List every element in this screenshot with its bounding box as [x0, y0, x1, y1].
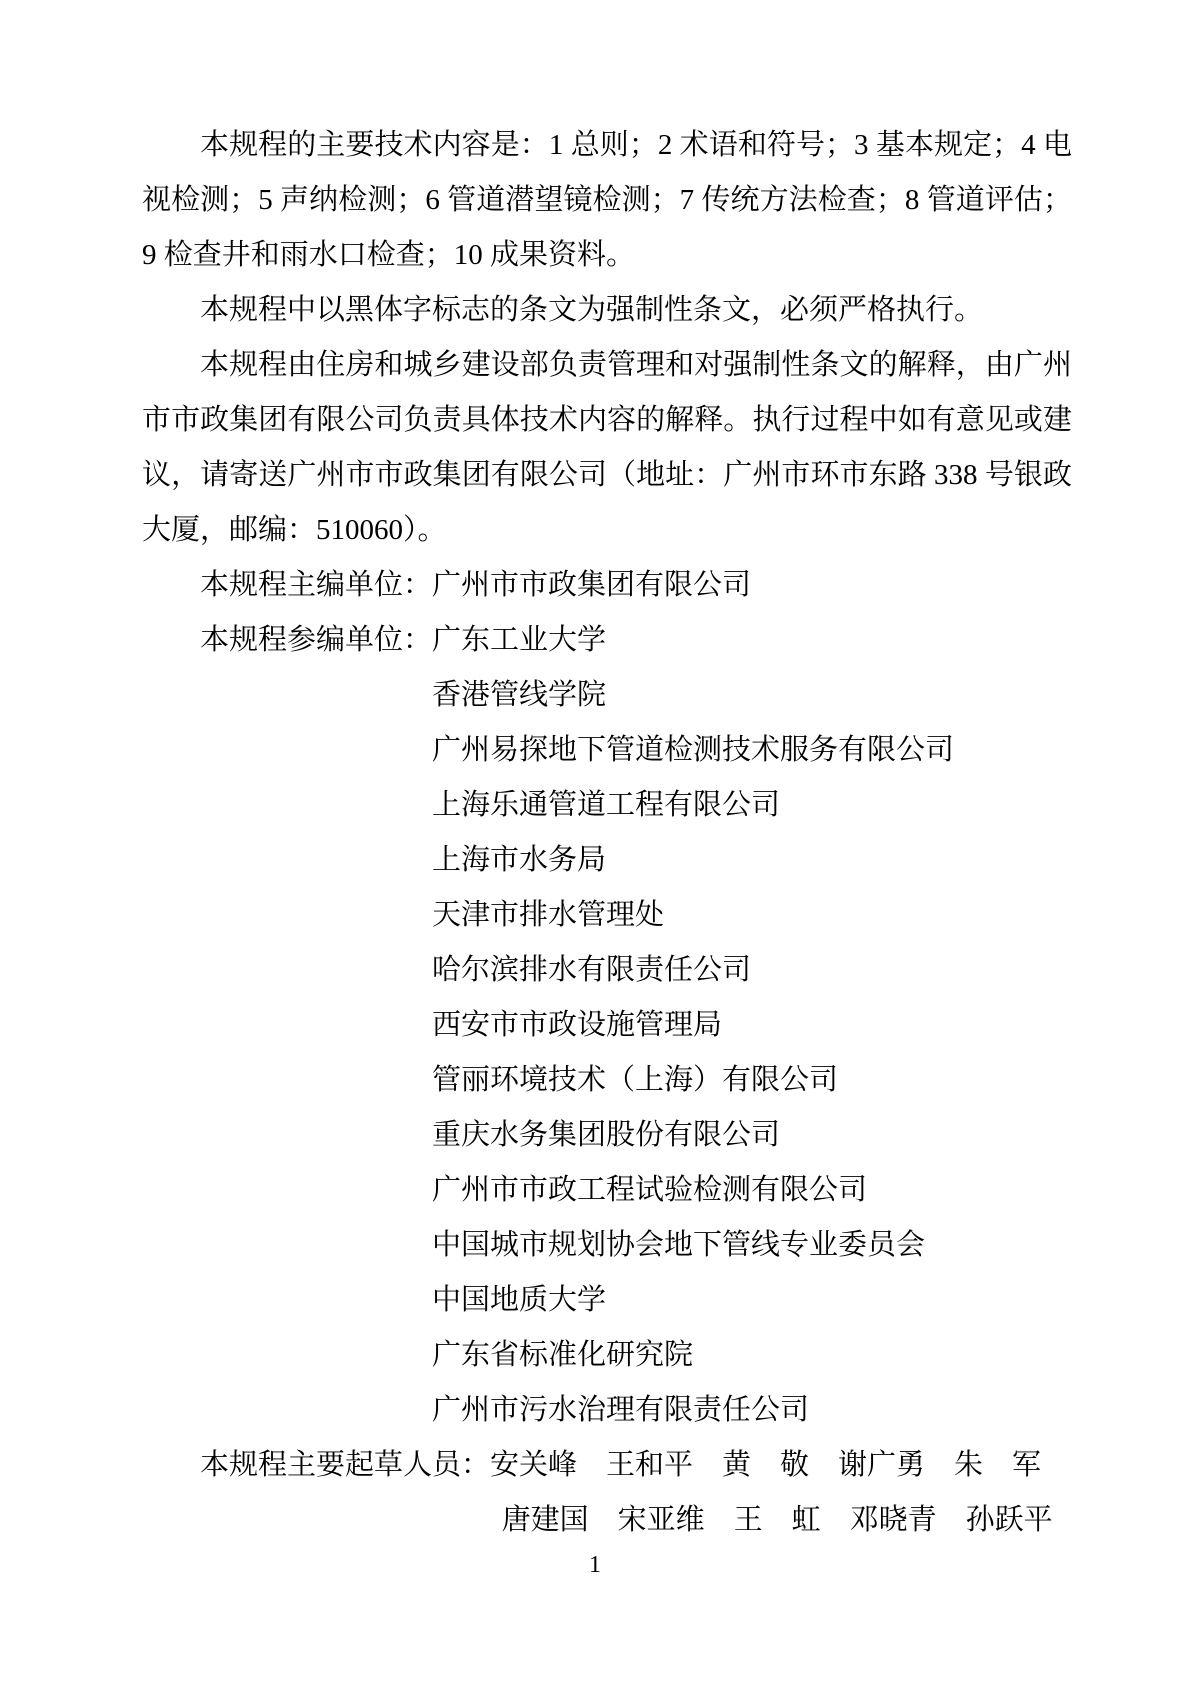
page-number: 1 [0, 1550, 1190, 1580]
participating-unit-item: 中国城市规划协会地下管线专业委员会 [142, 1218, 1072, 1273]
participating-unit-first: 广东工业大学 [432, 624, 606, 656]
participating-unit-item: 广州市污水治理有限责任公司 [142, 1383, 1072, 1438]
participating-unit-item: 管丽环境技术（上海）有限公司 [142, 1053, 1072, 1108]
participating-unit-item: 上海市水务局 [142, 833, 1072, 888]
document-page: 本规程的主要技术内容是：1 总则；2 术语和符号；3 基本规定；4 电视检测；5… [0, 0, 1190, 1683]
drafters-label: 本规程主要起草人员： [200, 1449, 490, 1481]
participating-unit-item: 上海乐通管道工程有限公司 [142, 778, 1072, 833]
participating-unit-item: 广州易探地下管道检测技术服务有限公司 [142, 723, 1072, 778]
participating-unit-item: 哈尔滨排水有限责任公司 [142, 943, 1072, 998]
participating-units-label: 本规程参编单位： [200, 624, 432, 656]
drafters-names-row1: 安关峰 王和平 黄 敬 谢广勇 朱 军 [490, 1449, 1041, 1481]
participating-units-line: 本规程参编单位：广东工业大学 [142, 613, 1072, 668]
participating-unit-item: 广州市市政工程试验检测有限公司 [142, 1163, 1072, 1218]
paragraph-mandatory-provisions: 本规程中以黑体字标志的条文为强制性条文，必须严格执行。 [142, 283, 1072, 338]
paragraph-technical-contents: 本规程的主要技术内容是：1 总则；2 术语和符号；3 基本规定；4 电视检测；5… [142, 118, 1072, 283]
chief-editing-unit-label: 本规程主编单位： [200, 569, 432, 601]
paragraph-interpretation-address: 本规程由住房和城乡建设部负责管理和对强制性条文的解释，由广州市市政集团有限公司负… [142, 338, 1072, 558]
chief-editing-unit-line: 本规程主编单位：广州市市政集团有限公司 [142, 558, 1072, 613]
participating-unit-item: 重庆水务集团股份有限公司 [142, 1108, 1072, 1163]
participating-unit-item: 天津市排水管理处 [142, 888, 1072, 943]
participating-unit-item: 西安市市政设施管理局 [142, 998, 1072, 1053]
drafters-names-row2: 唐建国 宋亚维 王 虹 邓晓青 孙跃平 [142, 1493, 1072, 1548]
participating-unit-item: 广东省标准化研究院 [142, 1328, 1072, 1383]
document-content: 本规程的主要技术内容是：1 总则；2 术语和符号；3 基本规定；4 电视检测；5… [142, 118, 1072, 1548]
chief-editing-unit-value: 广州市市政集团有限公司 [432, 569, 751, 601]
participating-unit-item: 中国地质大学 [142, 1273, 1072, 1328]
drafters-line: 本规程主要起草人员：安关峰 王和平 黄 敬 谢广勇 朱 军 [142, 1438, 1072, 1493]
participating-unit-item: 香港管线学院 [142, 668, 1072, 723]
